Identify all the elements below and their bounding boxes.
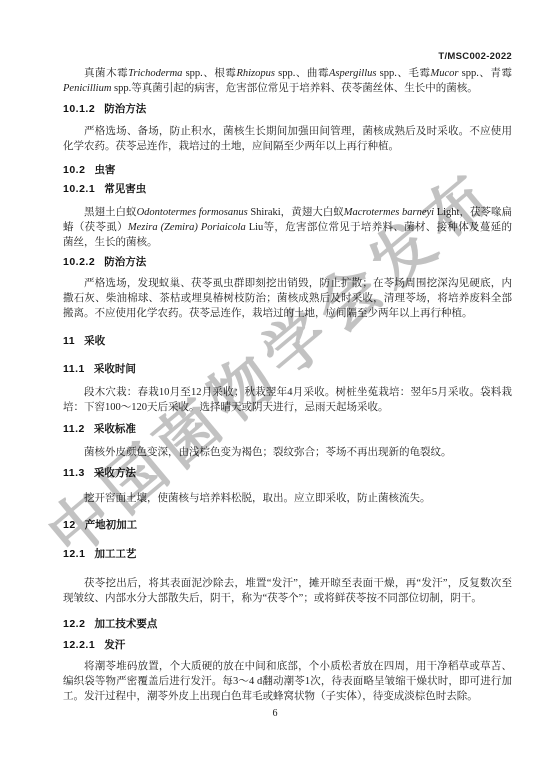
clause-number: 12 [63,519,76,531]
clause-number: 11.1 [63,363,85,375]
paragraph-processing-technique: 茯苓挖出后，将其表面泥沙除去，堆置“发汗”，摊开晾至表面干燥，再“发汗”，反复数… [63,576,512,606]
paragraph-common-pests: 黑翅土白蚁Odontotermes formosanus Shiraki，黄翅大… [63,205,512,250]
heading-11-1: 11.1采收时间 [63,363,512,376]
clause-title: 防治方法 [104,256,146,268]
clause-number: 10.1.2 [63,103,95,115]
clause-title: 采收 [84,335,105,347]
clause-number: 12.2.1 [63,639,95,651]
clause-number: 10.2.2 [63,256,95,268]
heading-12-2: 12.2加工技术要点 [63,618,512,631]
heading-12: 12产地初加工 [63,519,512,532]
clause-number: 10.2.1 [63,183,95,195]
paragraph-fungal-diseases: 真菌木霉Trichoderma spp.、根霉Rhizopus spp.、曲霉A… [63,66,512,96]
clause-title: 常见害虫 [104,183,146,195]
heading-10-2-1: 10.2.1常见害虫 [63,183,512,196]
clause-title: 采收标准 [94,423,136,435]
clause-number: 11.2 [63,423,85,435]
paragraph-pest-control: 严格选场，发现蚁巢、茯苓虱虫群即刻挖出销毁，防止扩散；在苓场周围挖深沟见硬底，内… [63,276,512,321]
clause-title: 采收方法 [94,467,136,479]
clause-number: 11 [63,335,75,347]
paragraph-harvest-method: 挖开窖面土壤，使菌核与培养料松脱，取出。应立即采收，防止菌核流失。 [63,491,512,506]
heading-12-1: 12.1加工工艺 [63,548,512,561]
paragraph-harvest-time: 段木穴栽：春栽10月至12月采收；秋栽翌年4月采收。树桩坐菟栽培：翌年5月采收。… [63,385,512,415]
paragraph-harvest-standard: 菌核外皮颜色变深，由浅棕色变为褐色；裂纹弥合；苓场不再出现新的龟裂纹。 [63,445,512,460]
clause-number: 12.1 [63,548,85,560]
heading-10-1-2: 10.1.2防治方法 [63,103,512,116]
clause-title: 发汗 [104,639,125,651]
clause-number: 11.3 [63,467,85,479]
clause-title: 采收时间 [94,363,136,375]
heading-11-2: 11.2采收标准 [63,423,512,436]
paragraph-disease-control: 严格选场、备场，防止积水，菌核生长期间加强田间管理，菌核成熟后及时采收。不应使用… [63,124,512,154]
clause-number: 12.2 [63,618,85,630]
paragraph-sweating-process: 将潮苓堆码放置，个大质硬的放在中间和底部，个小质松者放在四周，用干净稻草或草苫、… [63,659,512,704]
heading-11: 11采收 [63,335,512,348]
clause-title: 加工技术要点 [94,618,157,630]
heading-10-2-2: 10.2.2防治方法 [63,256,512,269]
page-number: 6 [0,708,550,719]
clause-title: 产地初加工 [85,519,138,531]
heading-10-2: 10.2虫害 [63,164,512,177]
clause-number: 10.2 [63,164,85,176]
heading-11-3: 11.3采收方法 [63,467,512,480]
heading-12-2-1: 12.2.1发汗 [63,639,512,652]
document-content: 真菌木霉Trichoderma spp.、根霉Rhizopus spp.、曲霉A… [63,66,512,704]
clause-title: 虫害 [94,164,115,176]
document-page: T/MSC002-2022 真菌木霉Trichoderma spp.、根霉Rhi… [0,0,550,777]
clause-title: 防治方法 [104,103,146,115]
header-doc-code: T/MSC002-2022 [438,51,512,62]
clause-title: 加工工艺 [94,548,136,560]
